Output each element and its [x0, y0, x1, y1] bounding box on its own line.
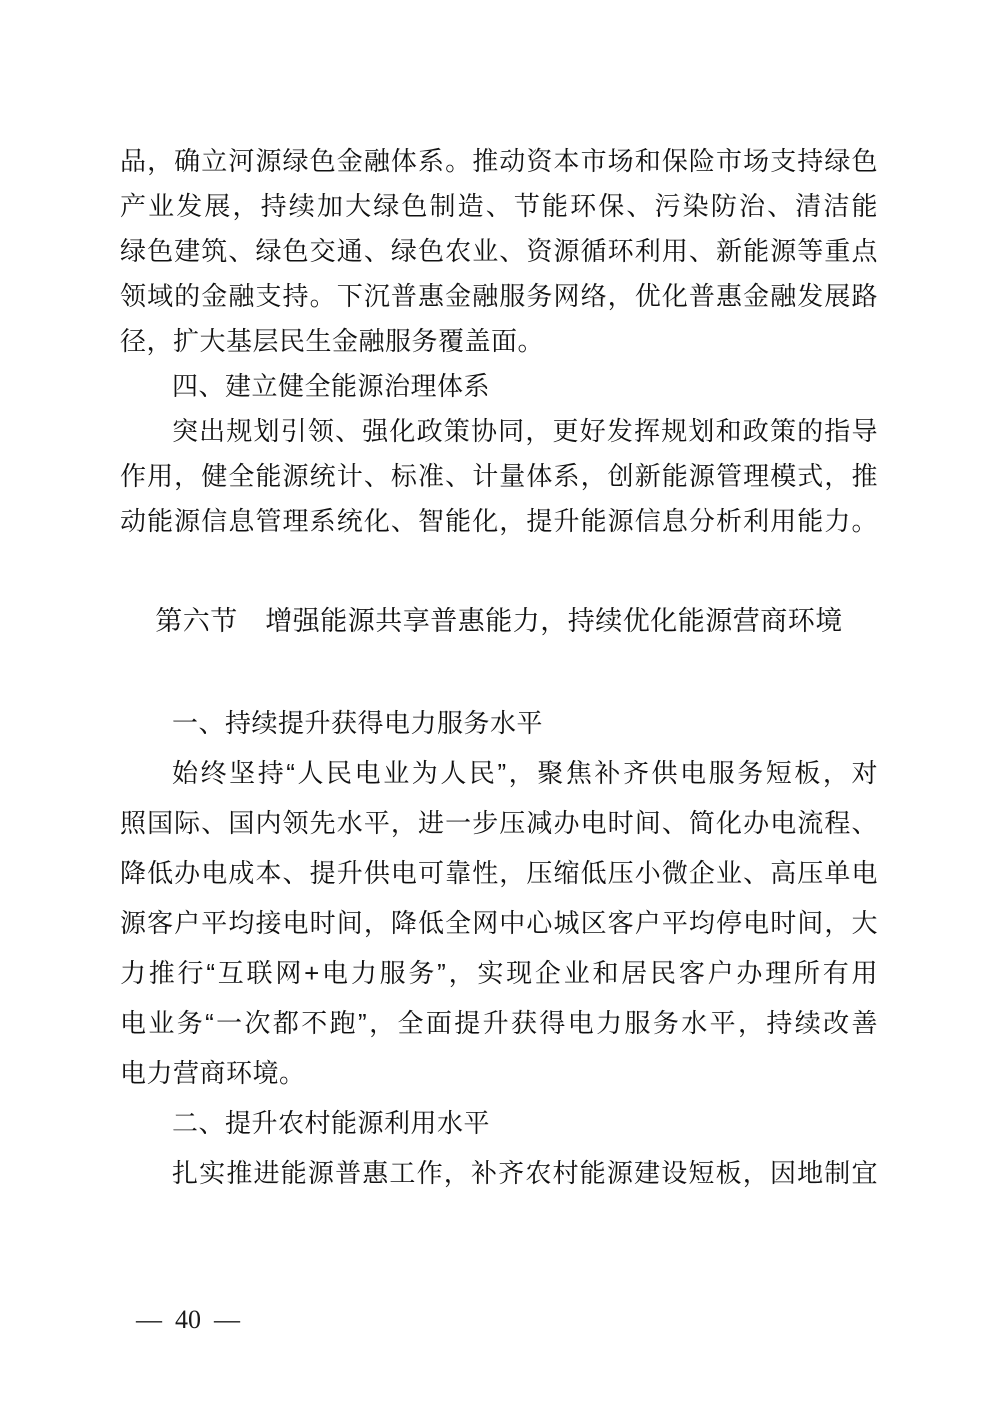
- text-line: 领域的金融支持。下沉普惠金融服务网络，优化普惠金融发展路: [120, 275, 878, 320]
- text-line: 绿色建筑、绿色交通、绿色农业、资源循环利用、新能源等重点: [120, 230, 878, 275]
- page-footer: — 40 —: [136, 1305, 240, 1335]
- lower-text-block: 一、持续提升获得电力服务水平 始终坚持“人民电业为人民”，聚焦补齐供电服务短板，…: [120, 700, 878, 1200]
- heading-item-four: 四、建立健全能源治理体系: [120, 365, 878, 410]
- text-line: 径，扩大基层民生金融服务覆盖面。: [120, 320, 878, 365]
- text-line: 降低办电成本、提升供电可靠性，压缩低压小微企业、高压单电: [120, 850, 878, 900]
- text-line: 电业务“一次都不跑”，全面提升获得电力服务水平，持续改善: [120, 1000, 878, 1050]
- text-line: 力推行“互联网+电力服务”，实现企业和居民客户办理所有用: [120, 950, 878, 1000]
- upper-text-block: 品，确立河源绿色金融体系。推动资本市场和保险市场支持绿色 产业发展，持续加大绿色…: [120, 140, 878, 545]
- text-line: 作用，健全能源统计、标准、计量体系，创新能源管理模式，推: [120, 455, 878, 500]
- section-heading: 第六节 增强能源共享普惠能力，持续优化能源营商环境: [120, 600, 878, 645]
- footer-right-dash: —: [214, 1305, 240, 1335]
- heading-item-two: 二、提升农村能源利用水平: [120, 1100, 878, 1150]
- text-line: 源客户平均接电时间，降低全网中心城区客户平均停电时间，大: [120, 900, 878, 950]
- text-line: 电力营商环境。: [120, 1050, 878, 1100]
- document-page: 品，确立河源绿色金融体系。推动资本市场和保险市场支持绿色 产业发展，持续加大绿色…: [0, 0, 1000, 1414]
- heading-item-one: 一、持续提升获得电力服务水平: [120, 700, 878, 750]
- text-line: 始终坚持“人民电业为人民”，聚焦补齐供电服务短板，对: [120, 750, 878, 800]
- text-line: 品，确立河源绿色金融体系。推动资本市场和保险市场支持绿色: [120, 140, 878, 185]
- text-line: 产业发展，持续加大绿色制造、节能环保、污染防治、清洁能源、: [120, 185, 878, 230]
- page-number: 40: [175, 1305, 201, 1335]
- text-line: 照国际、国内领先水平，进一步压减办电时间、简化办电流程、: [120, 800, 878, 850]
- footer-left-dash: —: [136, 1305, 162, 1335]
- text-line: 突出规划引领、强化政策协同，更好发挥规划和政策的指导: [120, 410, 878, 455]
- text-line: 扎实推进能源普惠工作，补齐农村能源建设短板，因地制宜: [120, 1150, 878, 1200]
- text-line: 动能源信息管理系统化、智能化，提升能源信息分析利用能力。: [120, 500, 878, 545]
